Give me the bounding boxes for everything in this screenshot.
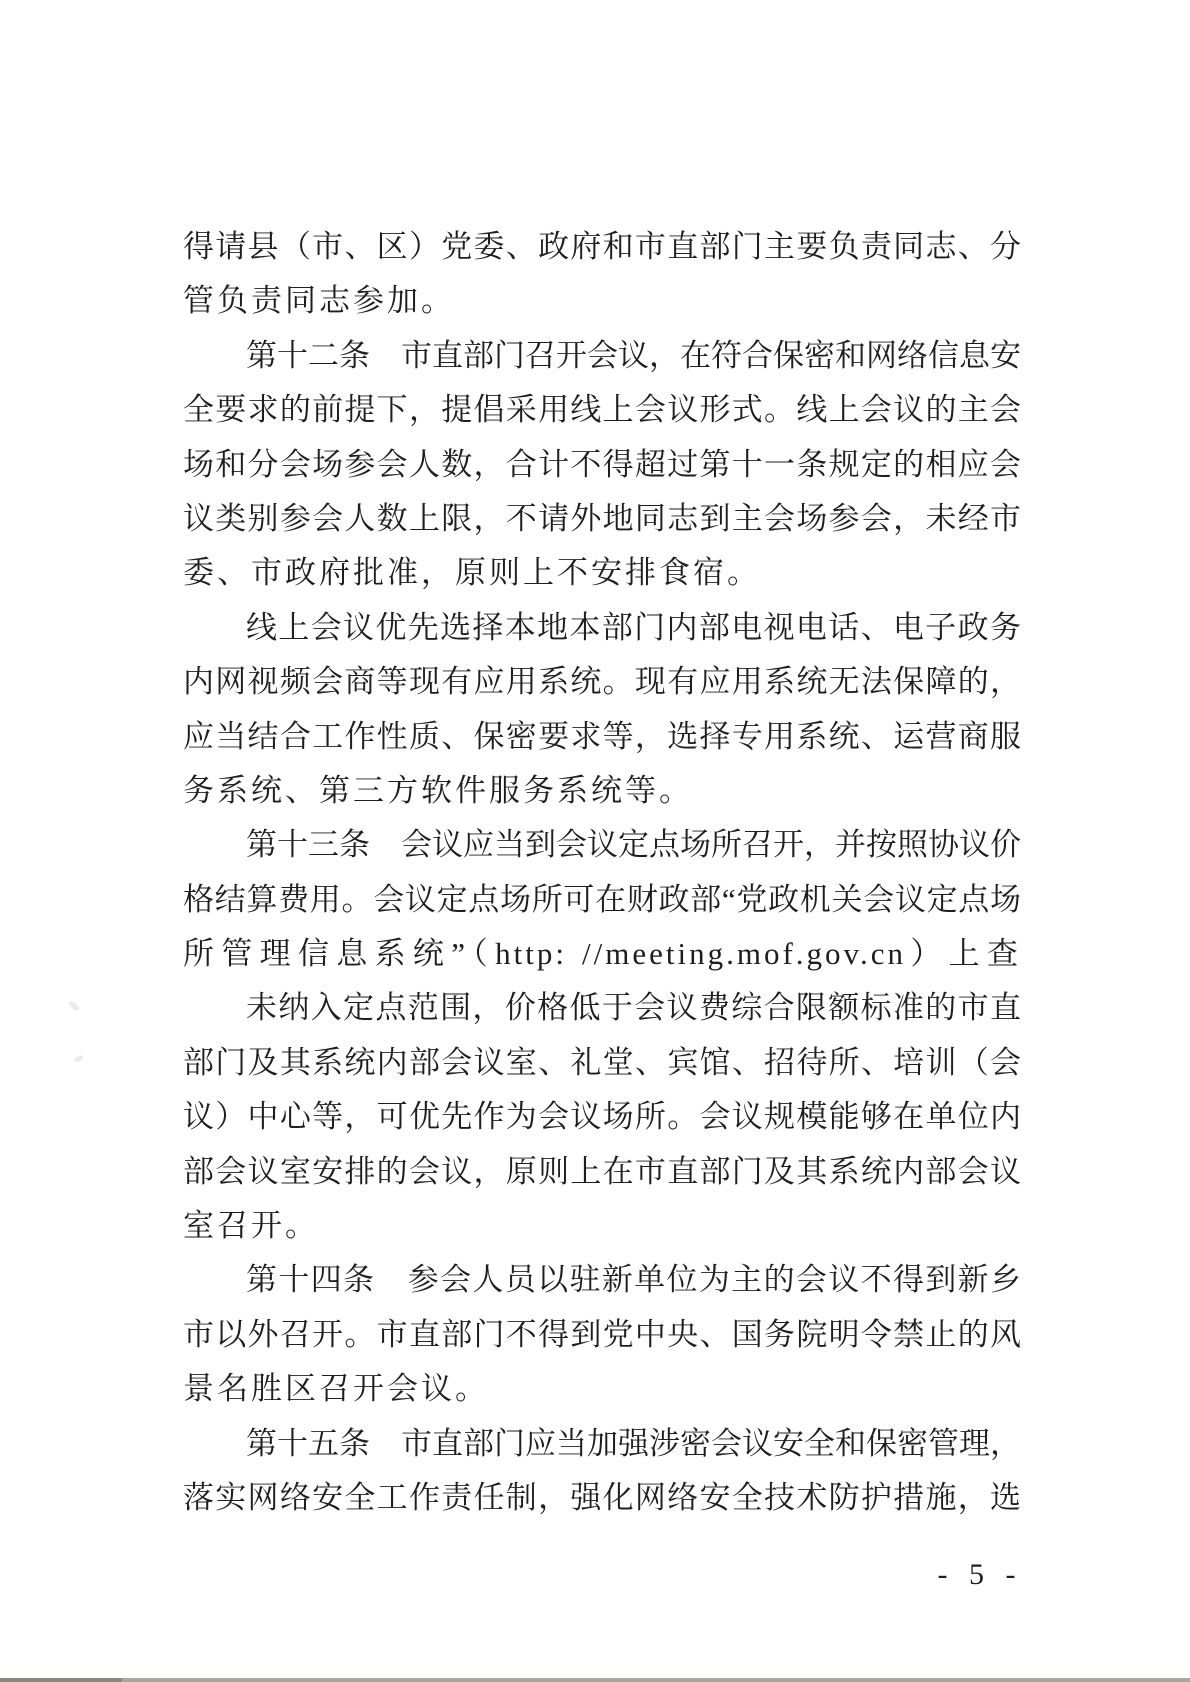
text-line: 全要求的前提下，提倡采用线上会议形式。线上会议的主会 [183,383,1021,437]
page-number: - 5 - [905,1558,1055,1598]
text-line: 市以外召开。市直部门不得到党中央、国务院明令禁止的风 [183,1308,1021,1362]
text-line: 务系统、第三方软件服务系统等。 [183,764,1021,818]
text-line: 议）中心等，可优先作为会议场所。会议规模能够在单位内 [183,1090,1021,1144]
text-line: 线上会议优先选择本地本部门内部电视电话、电子政务 [183,601,1021,655]
text-line: 管负责同志参加。 [183,274,1021,328]
text-line: 第十三条 会议应当到会议定点场所召开，并按照协议价 [183,818,1021,872]
text-line: 应当结合工作性质、保密要求等，选择专用系统、运营商服 [183,710,1021,764]
text-line: 场和分会场参会人数，合计不得超过第十一条规定的相应会 [183,438,1021,492]
text-line: 第十二条 市直部门召开会议，在符合保密和网络信息安 [183,329,1021,383]
body-text: 得请县（市、区）党委、政府和市直部门主要负责同志、分管负责同志参加。第十二条 市… [183,220,1021,1525]
text-line: 室召开。 [183,1199,1021,1253]
text-line: 内网视频会商等现有应用系统。现有应用系统无法保障的， [183,655,1021,709]
text-line: 委、市政府批准，原则上不安排食宿。 [183,546,1021,600]
scan-smudge [73,1054,84,1063]
text-line: 部门及其系统内部会议室、礼堂、宾馆、招待所、培训（会 [183,1036,1021,1090]
document-page: 得请县（市、区）党委、政府和市直部门主要负责同志、分管负责同志参加。第十二条 市… [0,0,1190,1682]
scan-edge-line [0,1678,1190,1682]
text-line: 部会议室安排的会议，原则上在市直部门及其系统内部会议 [183,1145,1021,1199]
text-line: 所管理信息系统”（http: //meeting.mof.gov.cn）上查询。 [183,927,1021,981]
text-line: 得请县（市、区）党委、政府和市直部门主要负责同志、分 [183,220,1021,274]
text-line: 未纳入定点范围，价格低于会议费综合限额标准的市直 [183,981,1021,1035]
text-line: 格结算费用。会议定点场所可在财政部“党政机关会议定点场 [183,873,1021,927]
text-line: 议类别参会人数上限，不请外地同志到主会场参会，未经市 [183,492,1021,546]
text-line: 第十五条 市直部门应当加强涉密会议安全和保密管理， [183,1417,1021,1471]
scan-edge-dark-segment [0,1678,122,1682]
text-line: 第十四条 参会人员以驻新单位为主的会议不得到新乡 [183,1253,1021,1307]
scan-smudge [67,1000,80,1012]
text-line: 景名胜区召开会议。 [183,1362,1021,1416]
text-line: 落实网络安全工作责任制，强化网络安全技术防护措施，选 [183,1471,1021,1525]
